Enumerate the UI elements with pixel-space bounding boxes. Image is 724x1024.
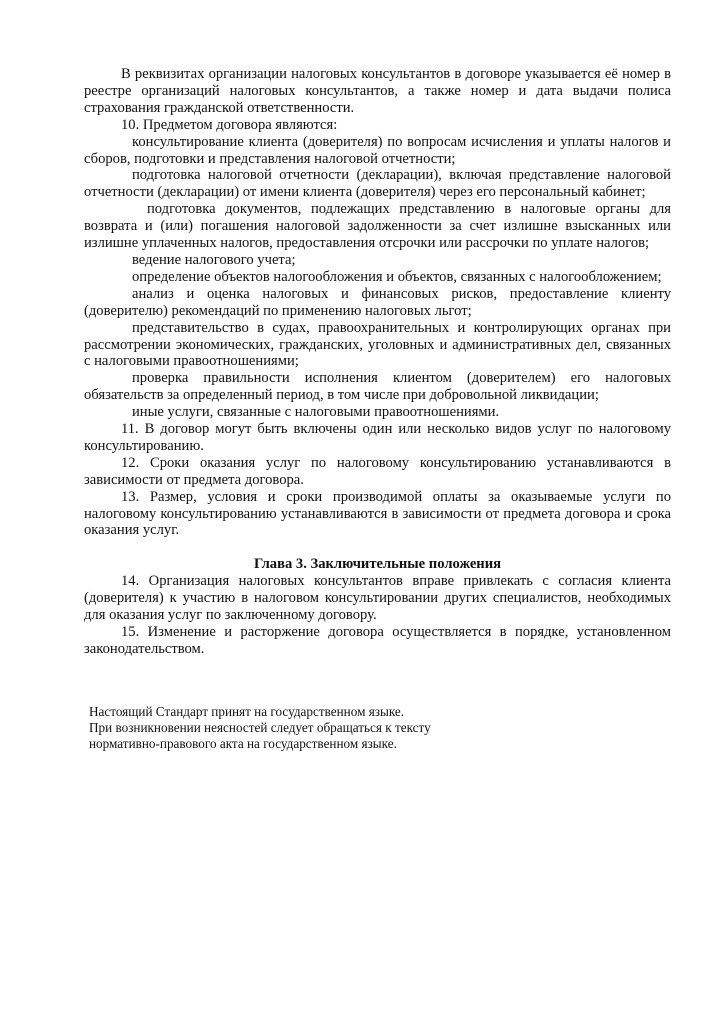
paragraph: 10. Предметом договора являются: (84, 117, 671, 134)
note-line: Настоящий Стандарт принят на государстве… (89, 704, 671, 720)
document-page: В реквизитах организации налоговых консу… (0, 0, 724, 1024)
paragraph: В реквизитах организации налоговых консу… (84, 66, 671, 117)
paragraph: 12. Сроки оказания услуг по налоговому к… (84, 455, 671, 489)
paragraph: консультирование клиента (доверителя) по… (84, 134, 671, 168)
paragraph: 11. В договор могут быть включены один и… (84, 421, 671, 455)
paragraph: ведение налогового учета; (84, 252, 671, 269)
paragraph: иные услуги, связанные с налоговыми прав… (84, 404, 671, 421)
language-note: Настоящий Стандарт принят на государстве… (84, 704, 671, 753)
paragraph: представительство в судах, правоохраните… (84, 320, 671, 371)
chapter-heading: Глава 3. Заключительные положения (84, 556, 671, 573)
closing-paragraph: 14. Организация налоговых консультантов … (84, 573, 671, 624)
paragraph: подготовка налоговой отчетности (деклара… (84, 167, 671, 201)
paragraph: определение объектов налогообложения и о… (84, 269, 671, 286)
paragraph: 13. Размер, условия и сроки производимой… (84, 489, 671, 540)
note-line: При возникновении неясностей следует обр… (89, 720, 671, 736)
note-line: нормативно-правового акта на государстве… (89, 736, 671, 752)
paragraph: анализ и оценка налоговых и финансовых р… (84, 286, 671, 320)
paragraph: подготовка документов, подлежащих предст… (84, 201, 671, 252)
closing-paragraph: 15. Изменение и расторжение договора осу… (84, 624, 671, 658)
paragraph: проверка правильности исполнения клиенто… (84, 370, 671, 404)
